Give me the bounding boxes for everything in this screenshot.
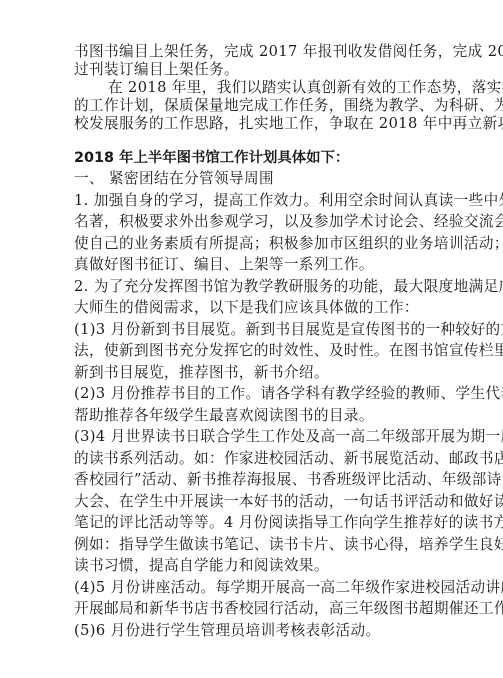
body-line: (5)6 月份进行学生管理员培训考核表彰活动。 bbox=[74, 622, 430, 640]
intro-line: 的工作计划，保质保量地完成工作任务，围绕为教学、为科研、为学 bbox=[74, 97, 430, 115]
body-line: 香校园行”活动、新书推荐海报展、书香班级评比活动、年级部诗词 bbox=[74, 471, 430, 489]
body-line: 2. 为了充分发挥图书馆为教学教研服务的功能，最大限度地满足广 bbox=[74, 278, 430, 296]
intro-paragraph-start: 在 2018 年里，我们以踏实认真创新有效的工作态势，落实我们 bbox=[74, 79, 430, 97]
body-line: 使自己的业务素质有所提高；积极参加市区组织的业务培训活动；认 bbox=[74, 235, 430, 253]
body-line: 大师生的借阅需求，以下是我们应该具体做的工作： bbox=[74, 299, 430, 317]
body-line: 名著，积极要求外出参观学习，以及参加学术讨论会、经验交流会等， bbox=[74, 213, 430, 231]
plan-title: 2018 年上半年图书馆工作计划具体如下： bbox=[74, 149, 430, 167]
body-line: 帮助推荐各年级学生最喜欢阅读图书的目录。 bbox=[74, 407, 430, 425]
body-line: (1)3 月份新到书目展览。新到书目展览是宣传图书的一种较好的方 bbox=[74, 321, 430, 339]
section-heading: 一、 紧密团结在分管领导周围 bbox=[74, 170, 430, 188]
intro-line: 过刊装订编目上架任务。 bbox=[74, 61, 430, 79]
body-line: 开展邮局和新华书店书香校园行活动，高三年级图书超期催还工作。 bbox=[74, 600, 430, 618]
body-line: 的读书系列活动。如：作家进校园活动、新书展览活动、邮政书店“书 bbox=[74, 450, 430, 468]
document-page: 书图书编目上架任务，完成 2017 年报刊收发借阅任务，完成 2016 年 过刊… bbox=[0, 0, 503, 678]
intro-line: 书图书编目上架任务，完成 2017 年报刊收发借阅任务，完成 2016 年 bbox=[74, 43, 430, 61]
body-line: (3)4 月世界读书日联合学生工作处及高一高二年级部开展为期一周 bbox=[74, 428, 430, 446]
body-line: 读书习惯，提高自学能力和阅读效果。 bbox=[74, 557, 430, 575]
body-line: 例如：指导学生做读书笔记、读书卡片、读书心得，培养学生良好的 bbox=[74, 536, 430, 554]
body-line: 新到书目展览，推荐图书，新书介绍。 bbox=[74, 364, 430, 382]
body-line: 大会、在学生中开展读一本好书的活动，一句话书评活动和做好读书 bbox=[74, 493, 430, 511]
body-line: (4)5 月份讲座活动。每学期开展高一高二年级作家进校园活动讲座， bbox=[74, 579, 430, 597]
body-line: (2)3 月份推荐书目的工作。请各学科有教学经验的教师、学生代表 bbox=[74, 385, 430, 403]
body-line: 真做好图书征订、编目、上架等一系列工作。 bbox=[74, 256, 430, 274]
body-line: 1. 加强自身的学习，提高工作效力。利用空余时间认真读一些中外 bbox=[74, 192, 430, 210]
body-line: 法，使新到图书充分发挥它的时效性、及时性。在图书馆宣传栏里有 bbox=[74, 342, 430, 360]
intro-line: 校发展服务的工作思路，扎实地工作，争取在 2018 年中再立新功！ bbox=[74, 115, 430, 133]
body-line: 笔记的评比活动等等。4 月份阅读指导工作向学生推荐好的读书方法， bbox=[74, 514, 430, 532]
